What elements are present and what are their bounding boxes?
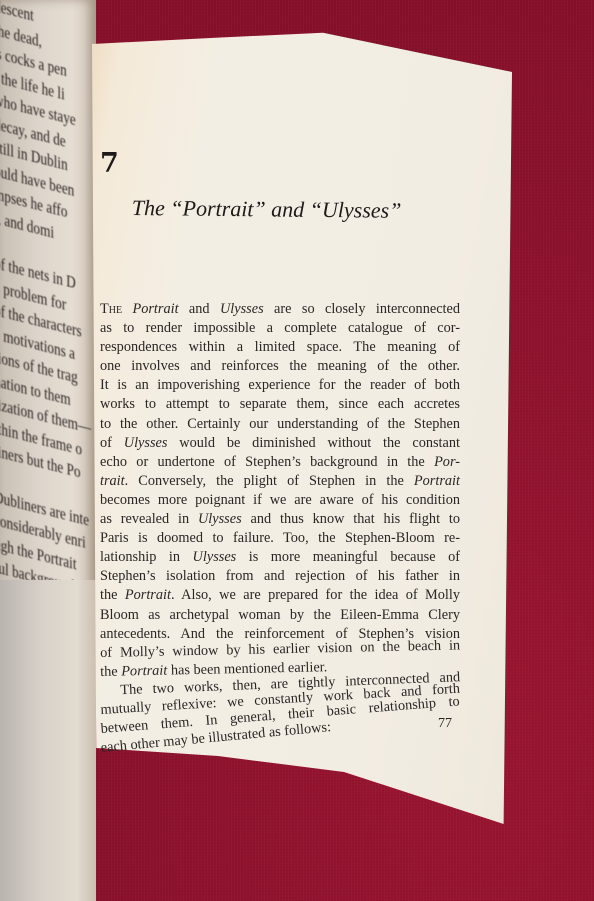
left-page: descentthe dead,'s cocks a pent the life… [0, 0, 96, 901]
text-line: becomes more poignant if we are aware of… [100, 491, 460, 510]
text-line: to the other. Certainly our understandin… [100, 415, 460, 434]
text-line: of Ulysses would be diminished without t… [100, 434, 460, 453]
text-line: Stephen’s isolation from and rejection o… [100, 567, 460, 586]
page-number: 77 [438, 716, 452, 732]
text-line: lationship in Ulysses is more meaningful… [100, 548, 460, 567]
text-line: the Portrait. Also, we are prepared for … [100, 586, 460, 605]
chapter-title: The “Portrait” and “Ulysses” [132, 195, 402, 224]
text-line: works to attempt to separate them, since… [100, 395, 460, 414]
text-line: as revealed in Ulysses and thus know tha… [100, 510, 460, 529]
left-page-text: descentthe dead,'s cocks a pent the life… [0, 0, 96, 653]
text-line: as to render impossible a complete catal… [100, 319, 460, 338]
text-line: trait. Conversely, the plight of Stephen… [100, 472, 460, 491]
text-line: The Portrait and Ulysses are so closely … [100, 300, 460, 319]
right-page-content: 7 The “Portrait” and “Ulysses” The Portr… [100, 0, 460, 901]
text-line: Paris is doomed to failure. Too, the Ste… [100, 529, 460, 548]
text-line: respondences within a limited space. The… [100, 338, 460, 357]
left-page-blank-area [0, 580, 96, 901]
paragraph-2: The two works, then, are tightly interco… [100, 682, 460, 758]
chapter-number: 7 [100, 148, 119, 179]
text-line: Bloom as archetypal woman by the Eileen-… [100, 606, 460, 625]
text-line: one involves and reinforces the meaning … [100, 357, 460, 376]
paragraph-1: The Portrait and Ulysses are so closely … [100, 300, 460, 682]
body-text: The Portrait and Ulysses are so closely … [100, 300, 460, 758]
book-photo: descentthe dead,'s cocks a pent the life… [0, 0, 594, 901]
text-line: echo or undertone of Stephen’s backgroun… [100, 453, 460, 472]
text-line: It is an impoverishing experience for th… [100, 376, 460, 395]
